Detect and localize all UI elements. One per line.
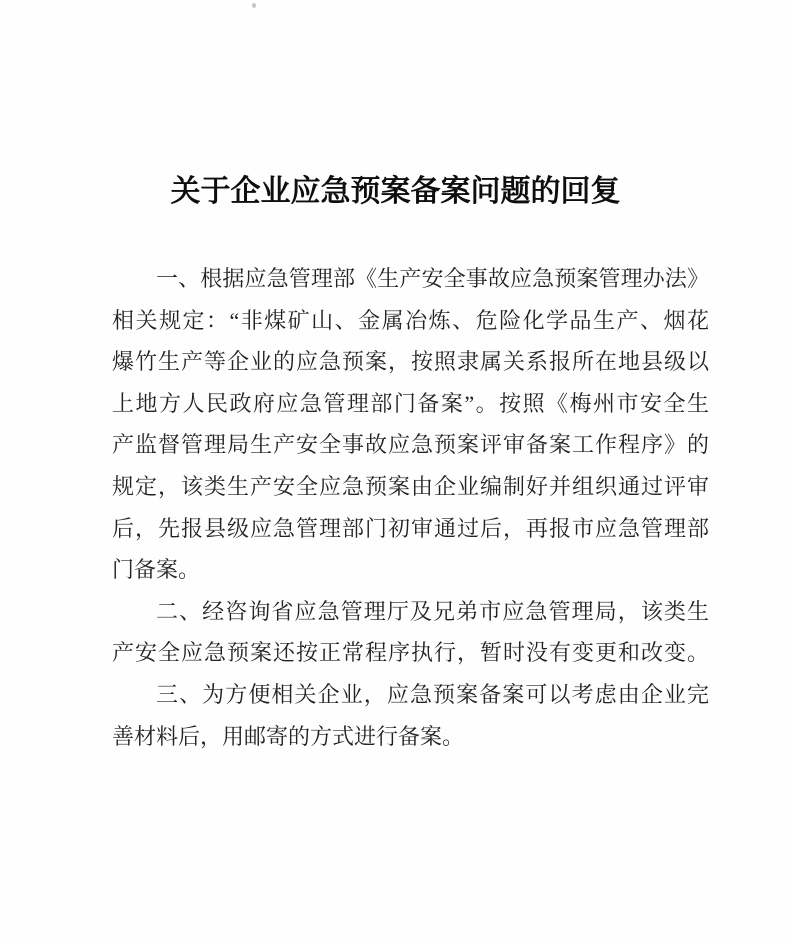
scanned-document-page: 关于企业应急预案备案问题的回复 一、根据应急管理部《生产安全事故应急预案管理办法… xyxy=(0,0,791,944)
body-line: 三、为方便相关企业，应急预案备案可以考虑由企业完 xyxy=(112,674,709,716)
body-line: 产安全应急预案还按正常程序执行，暂时没有变更和改变。 xyxy=(112,632,709,674)
body-line: 二、经咨询省应急管理厅及兄弟市应急管理局，该类生 xyxy=(112,591,709,633)
body-line: 门备案。 xyxy=(112,549,709,591)
body-line: 规定，该类生产安全应急预案由企业编制好并组织通过评审 xyxy=(112,466,709,508)
body-line: 一、根据应急管理部《生产安全事故应急预案管理办法》 xyxy=(112,258,709,300)
document-body: 一、根据应急管理部《生产安全事故应急预案管理办法》 相关规定：“非煤矿山、金属冶… xyxy=(112,258,709,757)
scan-speck xyxy=(252,3,256,8)
body-line: 上地方人民政府应急管理部门备案”。按照《梅州市安全生 xyxy=(112,383,709,425)
document-title: 关于企业应急预案备案问题的回复 xyxy=(0,166,791,210)
body-line: 相关规定：“非煤矿山、金属冶炼、危险化学品生产、烟花 xyxy=(112,300,709,342)
body-line: 爆竹生产等企业的应急预案，按照隶属关系报所在地县级以 xyxy=(112,341,709,383)
body-line: 善材料后，用邮寄的方式进行备案。 xyxy=(112,716,709,758)
body-line: 产监督管理局生产安全事故应急预案评审备案工作程序》的 xyxy=(112,424,709,466)
body-line: 后，先报县级应急管理部门初审通过后，再报市应急管理部 xyxy=(112,508,709,550)
